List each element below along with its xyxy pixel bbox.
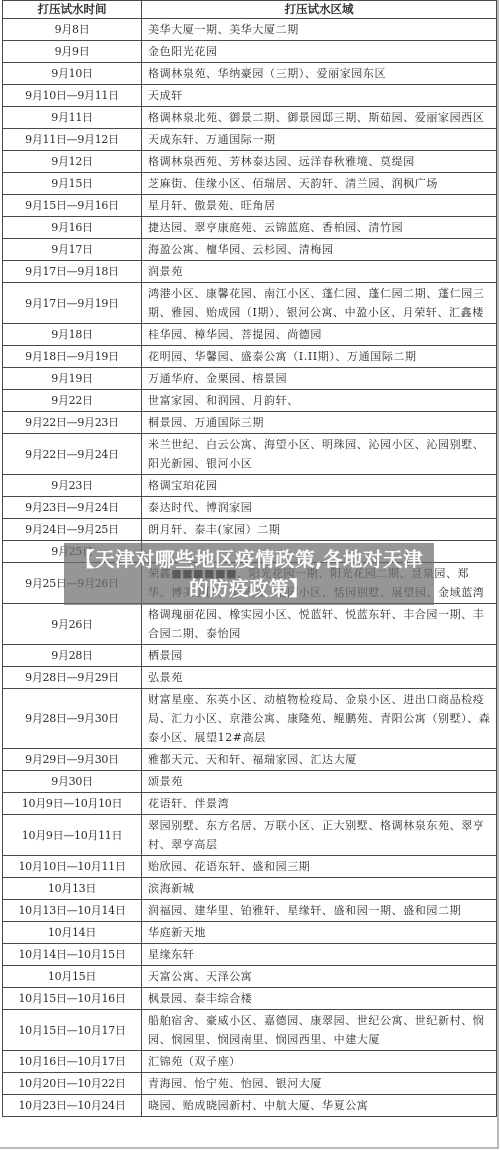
row-time: 10月13日 — [3, 878, 142, 900]
row-time: 9月22日 — [3, 390, 142, 412]
row-area: 青海园、怡宁苑、怡园、银河大厦 — [142, 1073, 497, 1095]
row-time: 10月20日—10月22日 — [3, 1073, 142, 1095]
row-area: 格调林泉西苑、芳林泰达园、远洋春秋雅境、莫缇园 — [142, 151, 497, 173]
row-area: 鸿港小区、康馨花园、南江小区、蓬仁园、蓬仁园二期、蓬仁园三期、雅园、贻成园（I期… — [142, 283, 497, 324]
table-row: 9月24日—9月25日朗月轩、泰丰(家园）二期 — [3, 519, 497, 541]
header-area: 打压试水区域 — [142, 1, 497, 19]
row-area: 桂华园、樟华园、菩提园、尚德园 — [142, 324, 497, 346]
table-row: 9月19日万通华府、金栗园、榕景园 — [3, 368, 497, 390]
table-row: 9月15日芝麻街、佳缘小区、佰瑞居、天韵轩、清兰园、润枫广场 — [3, 173, 497, 195]
table-row: 10月20日—10月22日青海园、怡宁苑、怡园、银河大厦 — [3, 1073, 497, 1095]
row-area: 格调林泉苑、华纳豪园（三期）、爱丽家园东区 — [142, 63, 497, 85]
table-row: 10月9日—10月11日翠园别墅、东方名居、万联小区、正大别墅、格调林泉东苑、翠… — [3, 815, 497, 856]
row-time: 10月14日 — [3, 922, 142, 944]
row-time: 9月23日—9月24日 — [3, 497, 142, 519]
row-time: 9月28日—9月30日 — [3, 689, 142, 749]
row-time: 10月14日—10月15日 — [3, 944, 142, 966]
table-row: 10月15日—10月17日船舶宿舍、豪威小区、嘉德园、康翠园、世纪公寓、世纪新村… — [3, 1010, 497, 1051]
row-time: 10月15日 — [3, 966, 142, 988]
row-area: 润福园、建华里、铂雅轩、星缘轩、盛和园一期、盛和园二期 — [142, 900, 497, 922]
table-row: 10月10日—10月11日贻欣园、花语东轩、盛和园三期 — [3, 856, 497, 878]
title-overlay-banner: 【天津对哪些地区疫情政策,各地对天津的防疫政策】 — [64, 543, 434, 605]
row-area: 桐景园、万通国际三期 — [142, 412, 497, 434]
row-time: 9月16日 — [3, 217, 142, 239]
table-row: 9月29日—9月30日雅都天元、天和轩、福瑞家园、汇达大厦 — [3, 749, 497, 771]
row-area: 朗月轩、泰丰(家园）二期 — [142, 519, 497, 541]
table-row: 10月23日—10月24日晓园、贻成晓园新村、中航大厦、华夏公寓 — [3, 1095, 497, 1117]
row-time: 9月18日 — [3, 324, 142, 346]
table-header-row: 打压试水时间 打压试水区域 — [3, 1, 497, 19]
row-area: 格调林泉北苑、御景二期、御景园邸三期、斯茹园、爱丽家园西区 — [142, 107, 497, 129]
row-area: 汇锦苑（双子座） — [142, 1051, 497, 1073]
row-area: 润景苑 — [142, 261, 497, 283]
table-row: 10月13日—10月14日润福园、建华里、铂雅轩、星缘轩、盛和园一期、盛和园二期 — [3, 900, 497, 922]
row-time: 9月10日 — [3, 63, 142, 85]
table-row: 9月28日栖景园 — [3, 645, 497, 667]
table-row: 9月16日捷达园、翠亨康庭苑、云锦蓝庭、香柏园、清竹园 — [3, 217, 497, 239]
row-time: 10月13日—10月14日 — [3, 900, 142, 922]
row-area: 万通华府、金栗园、榕景园 — [142, 368, 497, 390]
row-time: 9月30日 — [3, 771, 142, 793]
row-time: 9月17日—9月19日 — [3, 283, 142, 324]
row-time: 9月15日—9月16日 — [3, 195, 142, 217]
row-time: 9月26日 — [3, 604, 142, 645]
row-area: 翠园别墅、东方名居、万联小区、正大别墅、格调林泉东苑、翠亨村、翠亨高层 — [142, 815, 497, 856]
row-area: 财富星座、东英小区、动植物检疫局、金泉小区、进出口商品检疫局、汇力小区、京港公寓… — [142, 689, 497, 749]
row-time: 9月18日—9月19日 — [3, 346, 142, 368]
row-area: 捷达园、翠亨康庭苑、云锦蓝庭、香柏园、清竹园 — [142, 217, 497, 239]
row-time: 9月10日—9月11日 — [3, 85, 142, 107]
table-row: 9月17日海盈公寓、檀华园、云杉园、清梅园 — [3, 239, 497, 261]
row-time: 9月15日 — [3, 173, 142, 195]
table-row: 9月8日美华大厦一期、美华大厦二期 — [3, 19, 497, 41]
row-time: 9月19日 — [3, 368, 142, 390]
row-time: 9月8日 — [3, 19, 142, 41]
row-area: 天成轩 — [142, 85, 497, 107]
table-row: 9月18日桂华园、樟华园、菩提园、尚德园 — [3, 324, 497, 346]
table-row: 9月30日颂景苑 — [3, 771, 497, 793]
row-time: 9月9日 — [3, 41, 142, 63]
row-time: 10月10日—10月11日 — [3, 856, 142, 878]
table-row: 9月17日—9月19日鸿港小区、康馨花园、南江小区、蓬仁园、蓬仁园二期、蓬仁园三… — [3, 283, 497, 324]
table-row: 9月28日—9月29日弘景苑 — [3, 667, 497, 689]
table-row: 10月13日滨海新城 — [3, 878, 497, 900]
row-area: 花语轩、伴景湾 — [142, 793, 497, 815]
row-area: 贻欣园、花语东轩、盛和园三期 — [142, 856, 497, 878]
row-area: 泰达时代、博润家园 — [142, 497, 497, 519]
table-row: 9月10日—9月11日天成轩 — [3, 85, 497, 107]
row-area: 格调瑰丽花园、橡实园小区、悦蓝轩、悦蓝东轩、丰合园一期、丰合园二期、泰怡园 — [142, 604, 497, 645]
row-area: 雅都天元、天和轩、福瑞家园、汇达大厦 — [142, 749, 497, 771]
row-area: 天富公寓、天泽公寓 — [142, 966, 497, 988]
table-row: 10月16日—10月17日汇锦苑（双子座） — [3, 1051, 497, 1073]
row-time: 9月17日 — [3, 239, 142, 261]
row-area: 海盈公寓、檀华园、云杉园、清梅园 — [142, 239, 497, 261]
row-area: 弘景苑 — [142, 667, 497, 689]
row-area: 栖景园 — [142, 645, 497, 667]
row-time: 9月28日 — [3, 645, 142, 667]
row-time: 10月16日—10月17日 — [3, 1051, 142, 1073]
row-time: 9月29日—9月30日 — [3, 749, 142, 771]
table-row: 10月15日—10月16日枫景园、泰丰综合楼 — [3, 988, 497, 1010]
row-time: 10月15日—10月17日 — [3, 1010, 142, 1051]
row-area: 船舶宿舍、豪威小区、嘉德园、康翠园、世纪公寓、世纪新村、悯园、悯园里、悯园南里、… — [142, 1010, 497, 1051]
table-row: 9月22日世富家园、和润园、月韵轩、 — [3, 390, 497, 412]
row-time: 9月11日 — [3, 107, 142, 129]
row-area: 晓园、贻成晓园新村、中航大厦、华夏公寓 — [142, 1095, 497, 1117]
row-time: 10月9日—10月11日 — [3, 815, 142, 856]
table-row: 9月17日—9月18日润景苑 — [3, 261, 497, 283]
row-area: 格调宝珀花园 — [142, 475, 497, 497]
row-area: 世富家园、和润园、月韵轩、 — [142, 390, 497, 412]
table-row: 9月15日—9月16日星月轩、傲景苑、旺角居 — [3, 195, 497, 217]
table-row: 10月15日天富公寓、天泽公寓 — [3, 966, 497, 988]
row-time: 9月24日—9月25日 — [3, 519, 142, 541]
row-time: 9月11日—9月12日 — [3, 129, 142, 151]
table-row: 9月11日—9月12日天成东轩、万通国际一期 — [3, 129, 497, 151]
row-area: 花明园、华馨园、盛泰公寓（I.II期）、万通国际二期 — [142, 346, 497, 368]
table-row: 9月12日格调林泉西苑、芳林泰达园、远洋春秋雅境、莫缇园 — [3, 151, 497, 173]
row-time: 9月22日—9月24日 — [3, 434, 142, 475]
row-time: 10月15日—10月16日 — [3, 988, 142, 1010]
table-row: 10月14日华庭新天地 — [3, 922, 497, 944]
row-area: 颂景苑 — [142, 771, 497, 793]
row-time: 10月23日—10月24日 — [3, 1095, 142, 1117]
row-time: 9月28日—9月29日 — [3, 667, 142, 689]
row-area: 星月轩、傲景苑、旺角居 — [142, 195, 497, 217]
table-row: 10月9日—10月10日花语轩、伴景湾 — [3, 793, 497, 815]
row-time: 9月12日 — [3, 151, 142, 173]
table-row: 9月11日格调林泉北苑、御景二期、御景园邸三期、斯茹园、爱丽家园西区 — [3, 107, 497, 129]
row-time: 9月22日—9月23日 — [3, 412, 142, 434]
header-time: 打压试水时间 — [3, 1, 142, 19]
table-row: 9月26日格调瑰丽花园、橡实园小区、悦蓝轩、悦蓝东轩、丰合园一期、丰合园二期、泰… — [3, 604, 497, 645]
row-time: 9月17日—9月18日 — [3, 261, 142, 283]
table-row: 9月23日格调宝珀花园 — [3, 475, 497, 497]
row-area: 枫景园、泰丰综合楼 — [142, 988, 497, 1010]
row-area: 滨海新城 — [142, 878, 497, 900]
row-area: 米兰世纪、白云公寓、海望小区、明珠园、沁园小区、沁园别墅、阳光新园、银河小区 — [142, 434, 497, 475]
table-row: 9月22日—9月23日桐景园、万通国际三期 — [3, 412, 497, 434]
row-area: 星缘东轩 — [142, 944, 497, 966]
row-area: 美华大厦一期、美华大厦二期 — [142, 19, 497, 41]
table-row: 9月18日—9月19日花明园、华馨园、盛泰公寓（I.II期）、万通国际二期 — [3, 346, 497, 368]
row-area: 金色阳光花园 — [142, 41, 497, 63]
row-area: 天成东轩、万通国际一期 — [142, 129, 497, 151]
table-row: 9月9日金色阳光花园 — [3, 41, 497, 63]
table-row: 9月10日格调林泉苑、华纳豪园（三期）、爱丽家园东区 — [3, 63, 497, 85]
table-row: 9月22日—9月24日米兰世纪、白云公寓、海望小区、明珠园、沁园小区、沁园别墅、… — [3, 434, 497, 475]
table-row: 9月28日—9月30日财富星座、东英小区、动植物检疫局、金泉小区、进出口商品检疫… — [3, 689, 497, 749]
row-area: 华庭新天地 — [142, 922, 497, 944]
banner-text: 【天津对哪些地区疫情政策,各地对天津的防疫政策】 — [75, 548, 423, 600]
table-row: 10月14日—10月15日星缘东轩 — [3, 944, 497, 966]
row-area: 芝麻街、佳缘小区、佰瑞居、天韵轩、清兰园、润枫广场 — [142, 173, 497, 195]
row-time: 10月9日—10月10日 — [3, 793, 142, 815]
row-time: 9月23日 — [3, 475, 142, 497]
table-row: 9月23日—9月24日泰达时代、博润家园 — [3, 497, 497, 519]
